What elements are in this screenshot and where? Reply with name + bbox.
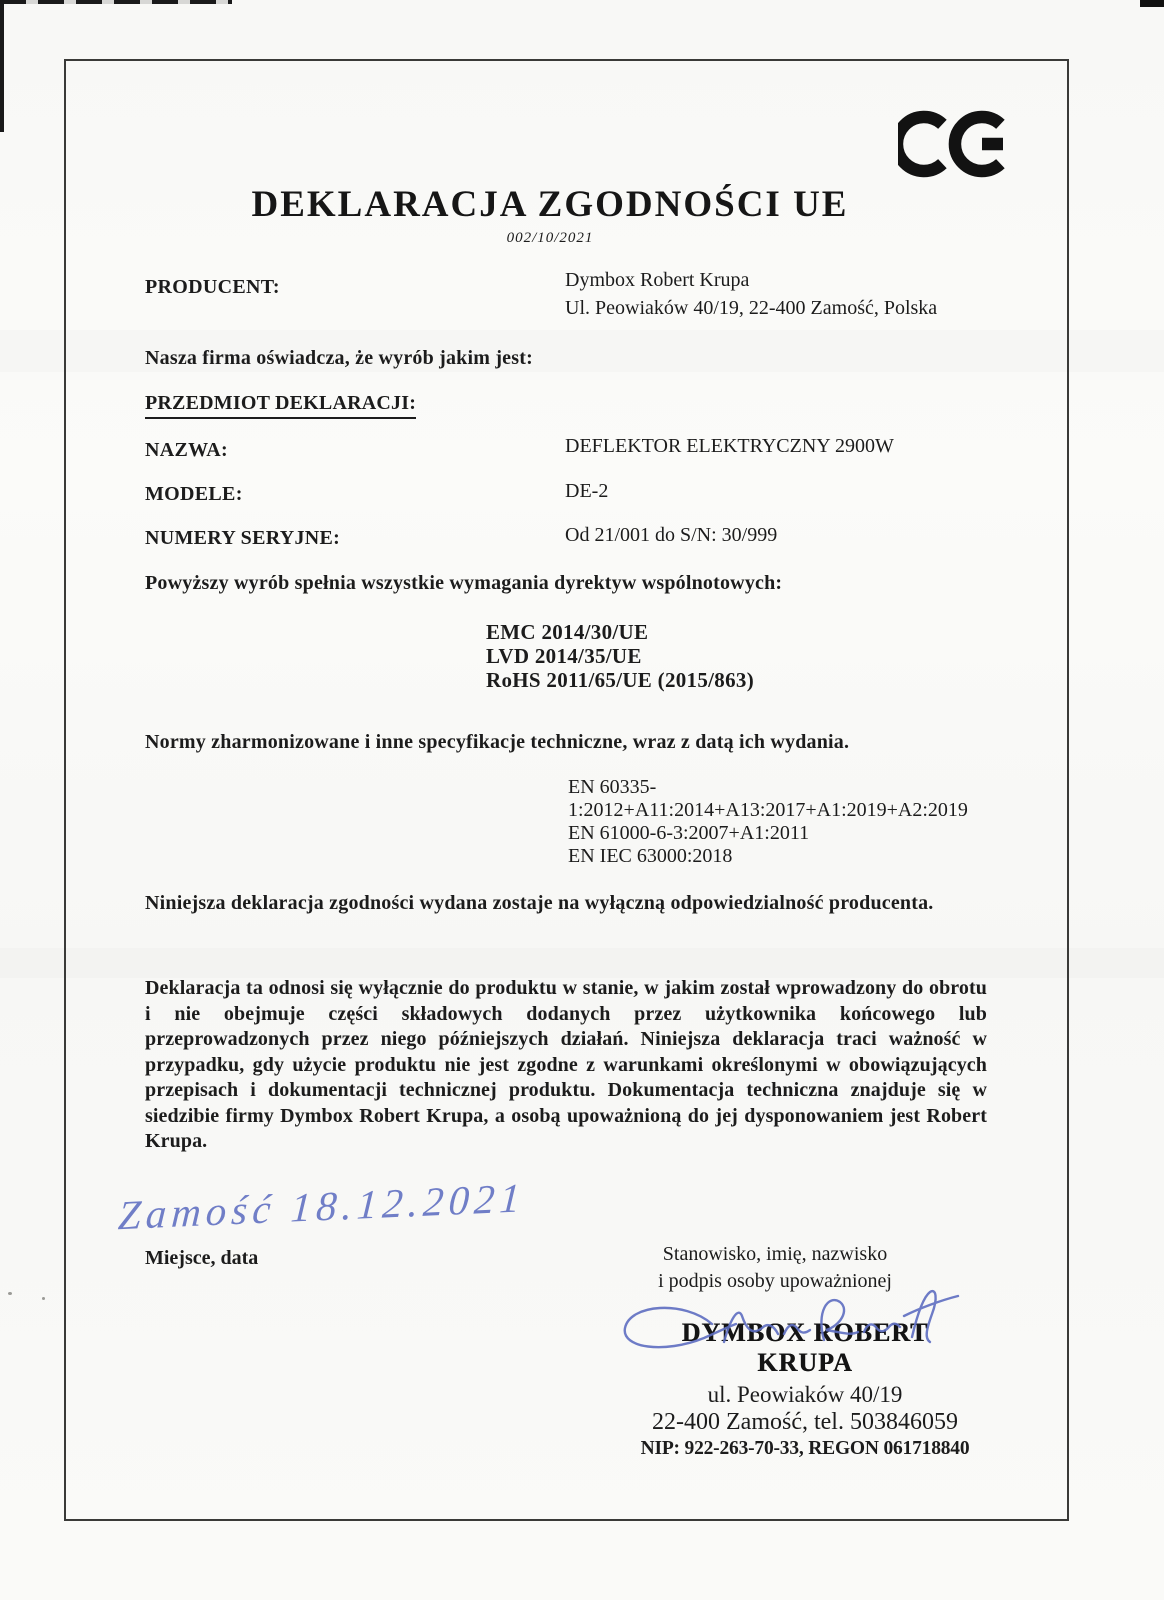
field-value-numery-seryjne: Od 21/001 do S/N: 30/999 — [565, 524, 777, 547]
producer-name: Dymbox Robert Krupa — [565, 266, 937, 294]
standard-item: EN 60335- — [568, 776, 968, 799]
field-value-modele: DE-2 — [565, 480, 608, 503]
directives-intro: Powyższy wyrób spełnia wszystkie wymagan… — [145, 572, 782, 595]
standards-list: EN 60335- 1:2012+A11:2014+A13:2017+A1:20… — [568, 776, 968, 868]
responsibility-note: Niniejsza deklaracja zgodności wydana zo… — [145, 892, 934, 915]
statement-intro: Nasza firma oświadcza, że wyrób jakim je… — [145, 347, 533, 370]
scan-speck — [42, 1297, 45, 1300]
scan-artifact-left-bar — [0, 0, 4, 132]
ce-mark-icon — [898, 104, 1010, 191]
document-number: 002/10/2021 — [14, 230, 1086, 247]
subject-heading-wrap: PRZEDMIOT DEKLARACJI: — [145, 392, 416, 419]
handwritten-signature — [612, 1282, 972, 1367]
stamp-address-line1: ul. Peowiaków 40/19 — [640, 1382, 970, 1408]
stamp-address-line3: NIP: 922-263-70-33, REGON 061718840 — [640, 1438, 970, 1460]
field-label-nazwa: NAZWA: — [145, 439, 228, 462]
scan-artifact-top-dashes — [0, 0, 232, 4]
standard-item: 1:2012+A11:2014+A13:2017+A1:2019+A2:2019 — [568, 799, 968, 822]
signatory-label-line1: Stanowisko, imię, nazwisko — [630, 1241, 920, 1268]
producer-label: PRODUCENT: — [145, 276, 280, 299]
scan-artifact-top-right — [1140, 0, 1164, 7]
directive-item: LVD 2014/35/UE — [486, 644, 754, 668]
directive-item: RoHS 2011/65/UE (2015/863) — [486, 668, 754, 692]
document-title: DEKLARACJA ZGODNOŚCI UE — [14, 183, 1086, 226]
scan-speck — [8, 1292, 12, 1295]
directive-item: EMC 2014/30/UE — [486, 620, 754, 644]
subject-heading: PRZEDMIOT DEKLARACJI: — [145, 392, 416, 419]
standard-item: EN IEC 63000:2018 — [568, 845, 968, 868]
producer-value: Dymbox Robert Krupa Ul. Peowiaków 40/19,… — [565, 266, 937, 322]
stamp-address-line2: 22-400 Zamość, tel. 503846059 — [640, 1409, 970, 1436]
field-label-modele: MODELE: — [145, 483, 243, 506]
directives-list: EMC 2014/30/UE LVD 2014/35/UE RoHS 2011/… — [486, 620, 754, 692]
field-value-nazwa: DEFLEKTOR ELEKTRYCZNY 2900W — [565, 435, 894, 458]
place-date-label: Miejsce, data — [145, 1247, 258, 1270]
standards-intro: Normy zharmonizowane i inne specyfikacje… — [145, 731, 849, 754]
standard-item: EN 61000-6-3:2007+A1:2011 — [568, 822, 968, 845]
scanned-document-page: DEKLARACJA ZGODNOŚCI UE 002/10/2021 PROD… — [0, 0, 1164, 1600]
field-label-numery-seryjne: NUMERY SERYJNE: — [145, 527, 340, 550]
disclaimer-paragraph: Deklaracja ta odnosi się wyłącznie do pr… — [145, 976, 987, 1155]
producer-address: Ul. Peowiaków 40/19, 22-400 Zamość, Pols… — [565, 294, 937, 322]
